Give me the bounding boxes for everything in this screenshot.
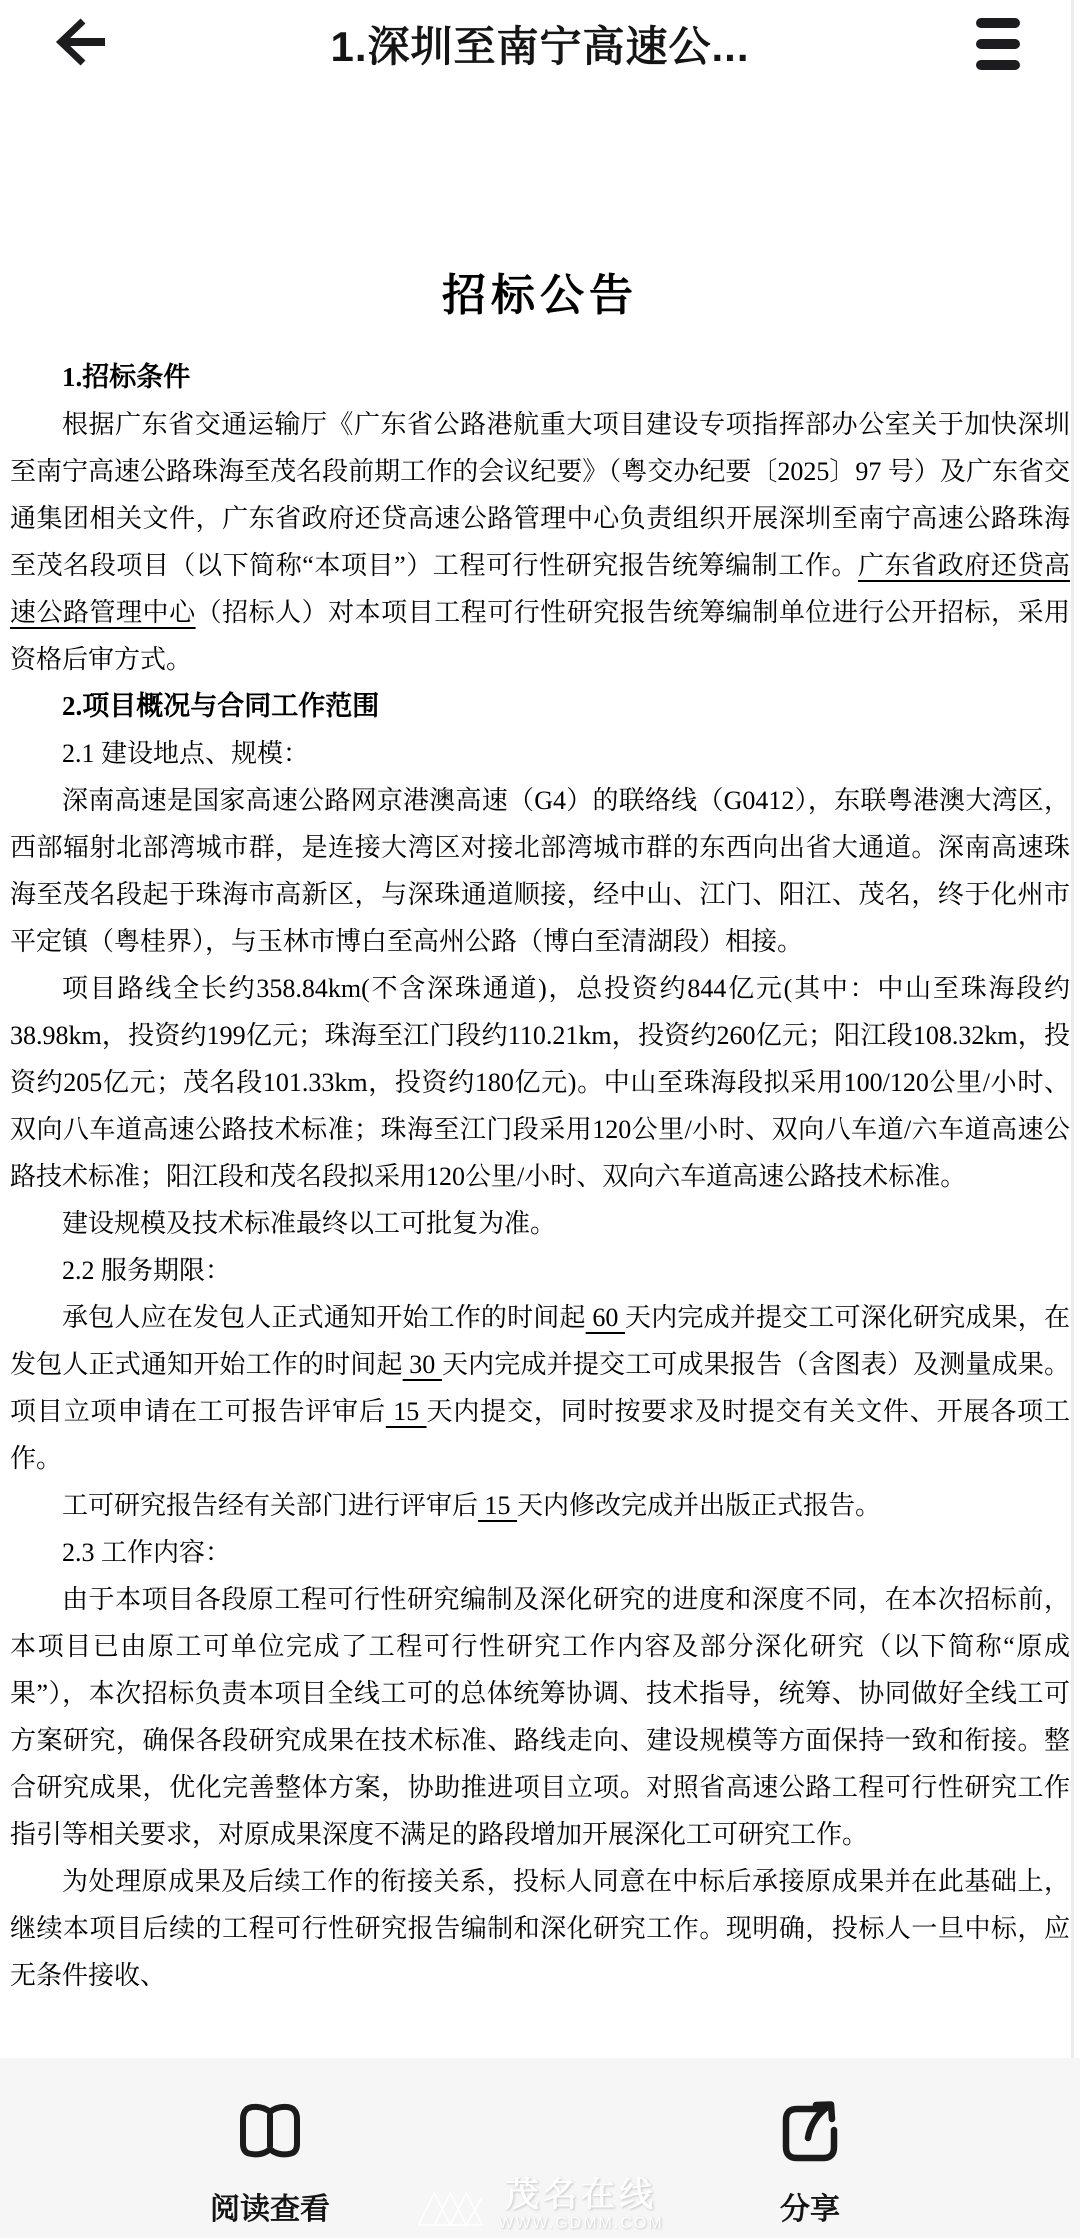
read-view-label: 阅读查看 <box>170 2184 370 2228</box>
text-segment: 2.3 工作内容： <box>62 1538 231 1567</box>
text-segment: 2.1 建设地点、规模： <box>62 739 309 768</box>
doc-paragraph: 承包人应在发包人正式通知开始工作的时间起 60 天内完成并提交工可深化研究成果，… <box>10 1294 1070 1482</box>
doc-paragraph: 为处理原成果及后续工作的衔接关系，投标人同意在中标后承接原成果并在此基础上，继续… <box>10 1858 1070 1999</box>
doc-heading: 1.招标条件 <box>10 354 1070 401</box>
doc-paragraph: 建设规模及技术标准最终以工可批复为准。 <box>10 1200 1070 1247</box>
underlined-text-segment: 60 <box>586 1303 625 1332</box>
text-segment: 由于本项目各段原工程可行性研究编制及深化研究的进度和深度不同，在本次招标前，本项… <box>10 1585 1070 1849</box>
underlined-text-segment: 30 <box>403 1350 442 1379</box>
doc-paragraph: 深南高速是国家高速公路网京港澳高速（G4）的联络线（G0412），东联粤港澳大湾… <box>10 777 1070 965</box>
text-segment: 为处理原成果及后续工作的衔接关系，投标人同意在中标后承接原成果并在此基础上，继续… <box>10 1867 1070 1990</box>
doc-heading: 2.1 建设地点、规模： <box>10 730 1070 777</box>
text-segment: 2.2 服务期限： <box>62 1256 231 1285</box>
watermark-site-url: WWW.GDMM.COM <box>498 2216 663 2232</box>
text-segment: 工可研究报告经有关部门进行评审后 <box>62 1491 478 1520</box>
read-view-button[interactable]: 阅读查看 <box>170 2100 370 2228</box>
text-segment: 天内修改完成并出版正式报告。 <box>517 1491 881 1520</box>
doc-paragraph: 根据广东省交通运输厅《广东省公路港航重大项目建设专项指挥部办公室关于加快深圳至南… <box>10 401 1070 683</box>
document-viewer[interactable]: 招标公告 1.招标条件根据广东省交通运输厅《广东省公路港航重大项目建设专项指挥部… <box>0 88 1080 2058</box>
text-segment: 项目路线全长约358.84km(不含深珠通道)，总投资约844亿元(其中：中山至… <box>10 974 1070 1191</box>
page-title: 1.深圳至南宁高速公... <box>330 14 749 74</box>
doc-paragraph: 项目路线全长约358.84km(不含深珠通道)，总投资约844亿元(其中：中山至… <box>10 965 1070 1200</box>
text-segment: 2.项目概况与合同工作范围 <box>62 691 379 721</box>
book-icon <box>170 2100 370 2162</box>
share-button[interactable]: 分享 <box>710 2100 910 2228</box>
underlined-text-segment: 15 <box>478 1491 517 1520</box>
share-label: 分享 <box>710 2184 910 2228</box>
text-segment: 1.招标条件 <box>62 362 190 392</box>
doc-heading: 2.项目概况与合同工作范围 <box>10 683 1070 730</box>
bottom-action-bar: 阅读查看 分享 茂名在线 WWW.GDMM.COM <box>0 2058 1080 2238</box>
doc-heading: 2.3 工作内容： <box>10 1529 1070 1576</box>
text-segment: 承包人应在发包人正式通知开始工作的时间起 <box>62 1303 586 1332</box>
watermark-logo-icon <box>416 2185 488 2232</box>
text-segment: 建设规模及技术标准最终以工可批复为准。 <box>62 1209 556 1238</box>
doc-heading: 2.2 服务期限： <box>10 1247 1070 1294</box>
back-button[interactable] <box>38 10 118 78</box>
arrow-left-icon <box>47 13 109 76</box>
document-title: 招标公告 <box>10 274 1070 318</box>
app-header: 1.深圳至南宁高速公... <box>0 0 1080 88</box>
doc-paragraph: 由于本项目各段原工程可行性研究编制及深化研究的进度和深度不同，在本次招标前，本项… <box>10 1576 1070 1858</box>
hamburger-menu-icon <box>976 18 1020 70</box>
scrollbar[interactable] <box>1071 0 1074 2058</box>
watermark-site-name: 茂名在线 <box>505 2178 657 2212</box>
share-icon <box>710 2100 910 2162</box>
doc-paragraph: 工可研究报告经有关部门进行评审后 15 天内修改完成并出版正式报告。 <box>10 1482 1070 1529</box>
underlined-text-segment: 15 <box>386 1397 427 1426</box>
text-segment: 深南高速是国家高速公路网京港澳高速（G4）的联络线（G0412），东联粤港澳大湾… <box>10 786 1070 956</box>
site-watermark: 茂名在线 WWW.GDMM.COM <box>416 2178 663 2232</box>
document-body: 1.招标条件根据广东省交通运输厅《广东省公路港航重大项目建设专项指挥部办公室关于… <box>10 354 1070 1999</box>
menu-button[interactable] <box>968 14 1028 74</box>
